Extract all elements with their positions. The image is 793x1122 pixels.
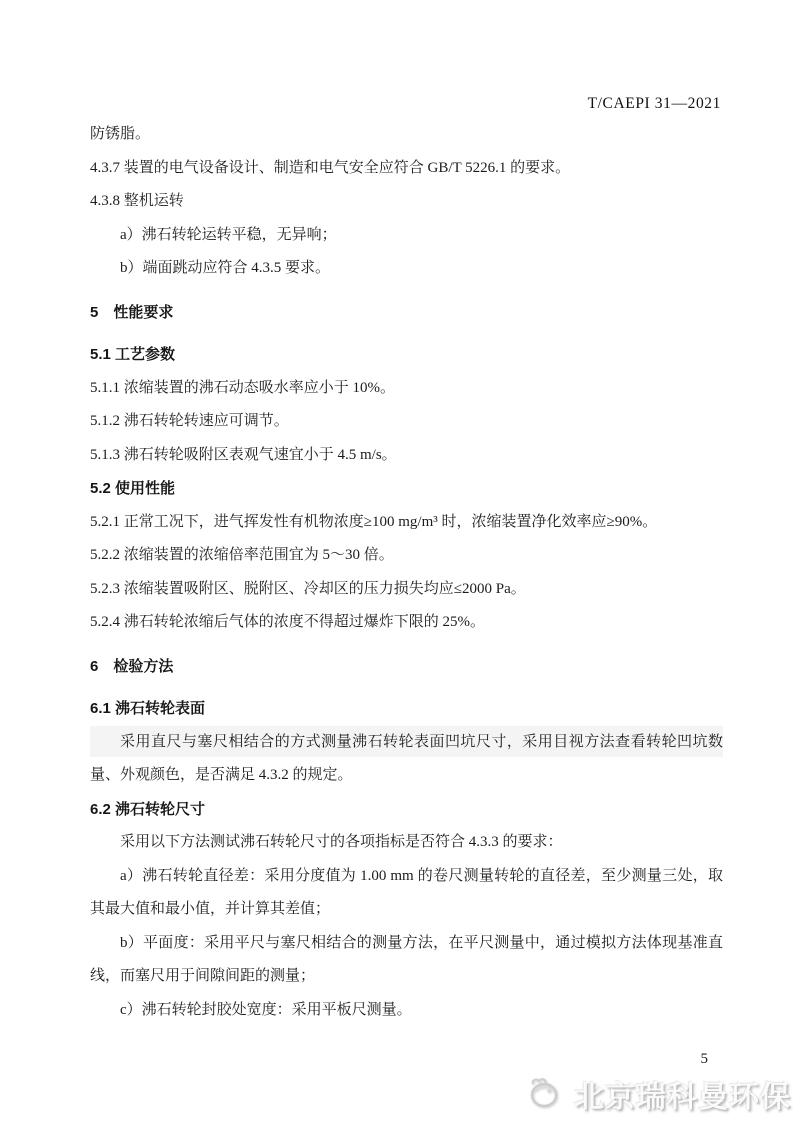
page-number: 5 bbox=[701, 1051, 709, 1068]
document-page: T/CAEPI 31—2021 防锈脂。4.3.7 装置的电气设备设计、制造和电… bbox=[0, 0, 793, 1122]
paragraph-continuation: 防锈脂。 bbox=[90, 118, 723, 152]
section-6-1-heading: 6.1 沸石转轮表面 bbox=[90, 692, 723, 726]
clause-5-2-2: 5.2.2 浓缩装置的浓缩倍率范围宜为 5～30 倍。 bbox=[90, 539, 723, 573]
clause-5-1-2: 5.1.2 沸石转轮转速应可调节。 bbox=[90, 405, 723, 439]
document-body: 防锈脂。4.3.7 装置的电气设备设计、制造和电气安全应符合 GB/T 5226… bbox=[90, 118, 723, 1027]
chapter-6-heading: 6 检验方法 bbox=[90, 650, 723, 684]
section-5-2-heading: 5.2 使用性能 bbox=[90, 472, 723, 506]
clause-5-2-4: 5.2.4 沸石转轮浓缩后气体的浓度不得超过爆炸下限的 25%。 bbox=[90, 606, 723, 640]
section-6-2-heading: 6.2 沸石转轮尺寸 bbox=[90, 793, 723, 827]
clause-4-3-8-item-a: a）沸石转轮运转平稳，无异响； bbox=[90, 219, 723, 253]
section-6-2-item-a: a）沸石转轮直径差：采用分度值为 1.00 mm 的卷尺测量转轮的直径差，至少测… bbox=[90, 860, 723, 927]
section-5-1-heading: 5.1 工艺参数 bbox=[90, 338, 723, 372]
clause-4-3-8-item-b: b）端面跳动应符合 4.3.5 要求。 bbox=[90, 252, 723, 286]
standard-number-header: T/CAEPI 31—2021 bbox=[588, 95, 721, 113]
watermark: 北京瑞科曼环保 bbox=[527, 1072, 791, 1116]
section-6-2-item-c: c）沸石转轮封胶处宽度：采用平板尺测量。 bbox=[90, 994, 723, 1028]
swirl-bird-logo-icon bbox=[527, 1074, 569, 1115]
clause-4-3-8: 4.3.8 整机运转 bbox=[90, 185, 723, 219]
section-6-1-paragraph: 采用直尺与塞尺相结合的方式测量沸石转轮表面凹坑尺寸，采用目视方法查看转轮凹坑数量… bbox=[90, 726, 723, 793]
section-6-2-intro: 采用以下方法测试沸石转轮尺寸的各项指标是否符合 4.3.3 的要求： bbox=[90, 826, 723, 860]
clause-5-1-1: 5.1.1 浓缩装置的沸石动态吸水率应小于 10%。 bbox=[90, 372, 723, 406]
section-6-2-item-b: b）平面度：采用平尺与塞尺相结合的测量方法，在平尺测量中，通过模拟方法体现基准直… bbox=[90, 927, 723, 994]
clause-5-2-3: 5.2.3 浓缩装置吸附区、脱附区、冷却区的压力损失均应≤2000 Pa。 bbox=[90, 573, 723, 607]
chapter-5-heading: 5 性能要求 bbox=[90, 296, 723, 330]
watermark-company-name: 北京瑞科曼环保 bbox=[574, 1072, 791, 1116]
clause-5-1-3: 5.1.3 沸石转轮吸附区表观气速宜小于 4.5 m/s。 bbox=[90, 439, 723, 473]
clause-5-2-1: 5.2.1 正常工况下，进气挥发性有机物浓度≥100 mg/m³ 时，浓缩装置净… bbox=[90, 506, 723, 540]
clause-4-3-7: 4.3.7 装置的电气设备设计、制造和电气安全应符合 GB/T 5226.1 的… bbox=[90, 152, 723, 186]
